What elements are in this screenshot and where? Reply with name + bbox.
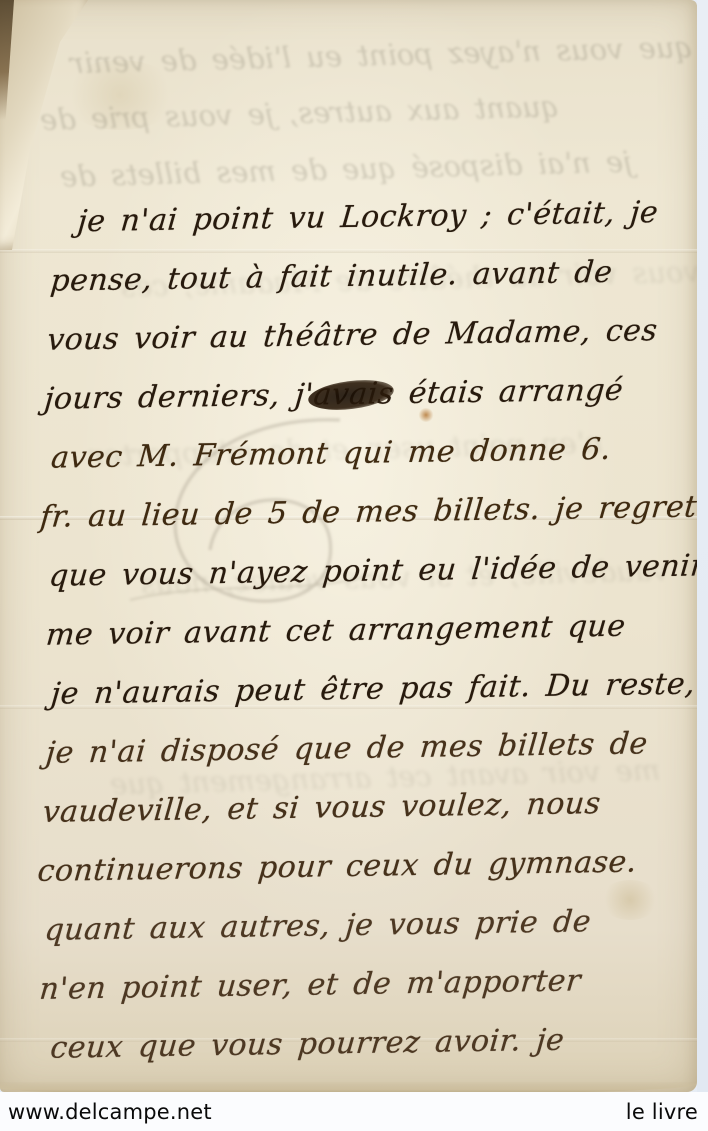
letter-line: me voir avant cet arrangement que: [43, 595, 699, 664]
letter-line: avec M. Frémont qui me donne 6.: [49, 419, 697, 488]
letter-line: quant aux autres, je vous prie de: [42, 890, 704, 959]
watermark-label: le livre: [626, 1100, 698, 1124]
letter-line: vaudeville, et si vous voulez, nous: [40, 772, 702, 841]
letter-line: pense, tout à fait inutile. avant de: [48, 242, 694, 311]
letter-line: ceux que vous pourrez avoir. je: [48, 1008, 706, 1077]
letter-line: fr. au lieu de 5 de mes billets. je regr…: [38, 477, 698, 546]
letter-line: continuerons pour ceux du gymnase.: [35, 831, 703, 901]
letter-line: je n'aurais peut être pas fait. Du reste…: [48, 654, 700, 723]
letter-line: vous voir au théâtre de Madame, ces: [45, 301, 695, 370]
letter-line: je n'ai point vu Lockroy ; c'était, je: [75, 183, 693, 252]
letter-body: je n'ai point vu Lockroy ; c'était, je p…: [0, 183, 704, 1079]
watermark-url: www.delcampe.net: [8, 1100, 212, 1124]
letter-line: n'en point user, et de m'apporter: [37, 949, 705, 1019]
letter-line: je n'ai disposé que de mes billets de: [43, 713, 701, 782]
letter-paper: que vous n'ayez point eu l'idée de venir…: [0, 0, 697, 1092]
bleedthrough-writing: que vous n'ayez point eu l'idée de venir: [70, 30, 694, 80]
letter-line: que vous n'ayez point eu l'idée de venir: [46, 536, 698, 605]
background-strip: [697, 0, 708, 1092]
